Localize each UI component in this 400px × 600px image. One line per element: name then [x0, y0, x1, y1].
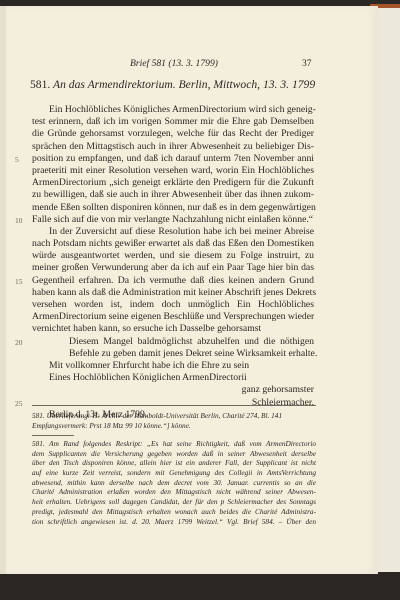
- text-line: 15Gegentheil erfahren. Da ich vermuthe d…: [32, 275, 314, 287]
- line-number: 25: [15, 398, 23, 410]
- line-number: 20: [15, 337, 23, 349]
- text-line: die Gründe gehorsamst vorzulegen, welche…: [32, 128, 314, 140]
- line-number: 10: [15, 215, 23, 227]
- apparatus-line: über den Tisch disponiren könne, allein …: [32, 458, 316, 468]
- text-line: ArmenDirectorium „sich geneigt erklärte …: [32, 177, 314, 189]
- apparatus-line: Charité Administration erlaßen worden de…: [32, 487, 316, 497]
- line-number: 5: [15, 154, 19, 166]
- text-line: praeteriti mit einer Resolution versehen…: [32, 165, 314, 177]
- letter-body: Ein Hochlöbliches Königliches ArmenDirec…: [32, 104, 314, 421]
- running-head-title: Brief 581 (13. 3. 1799): [130, 58, 218, 69]
- text-line: test erinnern, daß ich im vorigen Sommer…: [32, 116, 314, 128]
- text-line: Ein Hochlöbliches Königliches ArmenDirec…: [32, 104, 314, 116]
- signature: 25Schleiermacher.: [32, 397, 314, 409]
- adjacent-page-edge: [378, 8, 400, 572]
- text-line: 10Falle sich auf die von mir verlangte N…: [32, 214, 314, 226]
- commentary-divider: [32, 435, 74, 436]
- line-number: 15: [15, 276, 23, 288]
- apparatus-line: auf eine kurze Zeit verreist, sondern mi…: [32, 468, 316, 478]
- apparatus-line: abwesend, mithin kann derselbe nach dem …: [32, 478, 316, 488]
- closing-line: ganz gehorsamster: [32, 384, 314, 396]
- text-line: sprächen den Mittagstisch auch in ihrer …: [32, 141, 314, 153]
- apparatus-line: 581. Am Rand folgendes Reskript: „Es hat…: [32, 439, 316, 449]
- letter-title: An das Armendirektorium. Berlin, Mittwoc…: [53, 78, 315, 91]
- book-page: Brief 581 (13. 3. 1799) 37 581. An das A…: [6, 6, 378, 574]
- letter-heading: 581. An das Armendirektorium. Berlin, Mi…: [30, 78, 330, 91]
- text-line: Befehle zu geben damit jenes Dekret sein…: [32, 348, 314, 360]
- text-line: nach Potsdam nichts gewißer erwartet als…: [32, 238, 314, 250]
- text-line: vernichtet haben kann, so ersuche ich Da…: [32, 323, 314, 335]
- apparatus-line: dem Supplicanten die Versicherung gegebe…: [32, 449, 316, 459]
- text-line: Mit vollkomner Ehrfurcht habe ich die Eh…: [32, 360, 314, 372]
- text-line: Eines Hochlöblichen Königlichen ArmenDir…: [32, 372, 314, 384]
- apparatus-line: predigt, jedesmahl den Mittagstisch erha…: [32, 507, 316, 517]
- commentary-note: 581. Am Rand folgendes Reskript: „Es hat…: [32, 439, 316, 526]
- letter-number: 581.: [30, 78, 50, 91]
- scan-background-bottom: [0, 574, 400, 600]
- text-line: haben kann als daß die Administration mi…: [32, 287, 314, 299]
- apparatus-divider: [32, 405, 316, 406]
- text-line: mende Eßen sollten disponiren können, nu…: [32, 202, 314, 214]
- text-line: ArmenDirectorium seine eigenen Beschlüße…: [32, 311, 314, 323]
- text-line: würde ausgeantwortet werden, und sie die…: [32, 250, 314, 262]
- apparatus-line: Empfangsvermerk: Prst 18 Mtz 99 10 könne…: [32, 421, 316, 431]
- text-line: 20Diesem Mangel baldmöglichst abzuhelfen…: [32, 336, 314, 348]
- text-line: meiner großen Verwunderung aber da ich a…: [32, 262, 314, 274]
- text-line: 5position zu empfangen, und daß ich dara…: [32, 153, 314, 165]
- transmission-note: 581. Überlieferung: H: Archiv der Humbol…: [32, 411, 316, 430]
- text-line: versehen worden ist, indem doch unmöglic…: [32, 299, 314, 311]
- apparatus-line: heit erhalten. Uebrigens soll dagegen Ca…: [32, 497, 316, 507]
- apparatus-line: tion schriftlich angewiesen ist. d. 20. …: [32, 517, 316, 527]
- apparatus-line: 581. Überlieferung: H: Archiv der Humbol…: [32, 411, 316, 421]
- text-line: zu bewilligen, daß sie auch in ihrer Abw…: [32, 189, 314, 201]
- running-head: Brief 581 (13. 3. 1799) 37: [6, 58, 378, 72]
- page-number: 37: [302, 58, 312, 69]
- text-line: In der Zuversicht auf diese Resolution h…: [32, 226, 314, 238]
